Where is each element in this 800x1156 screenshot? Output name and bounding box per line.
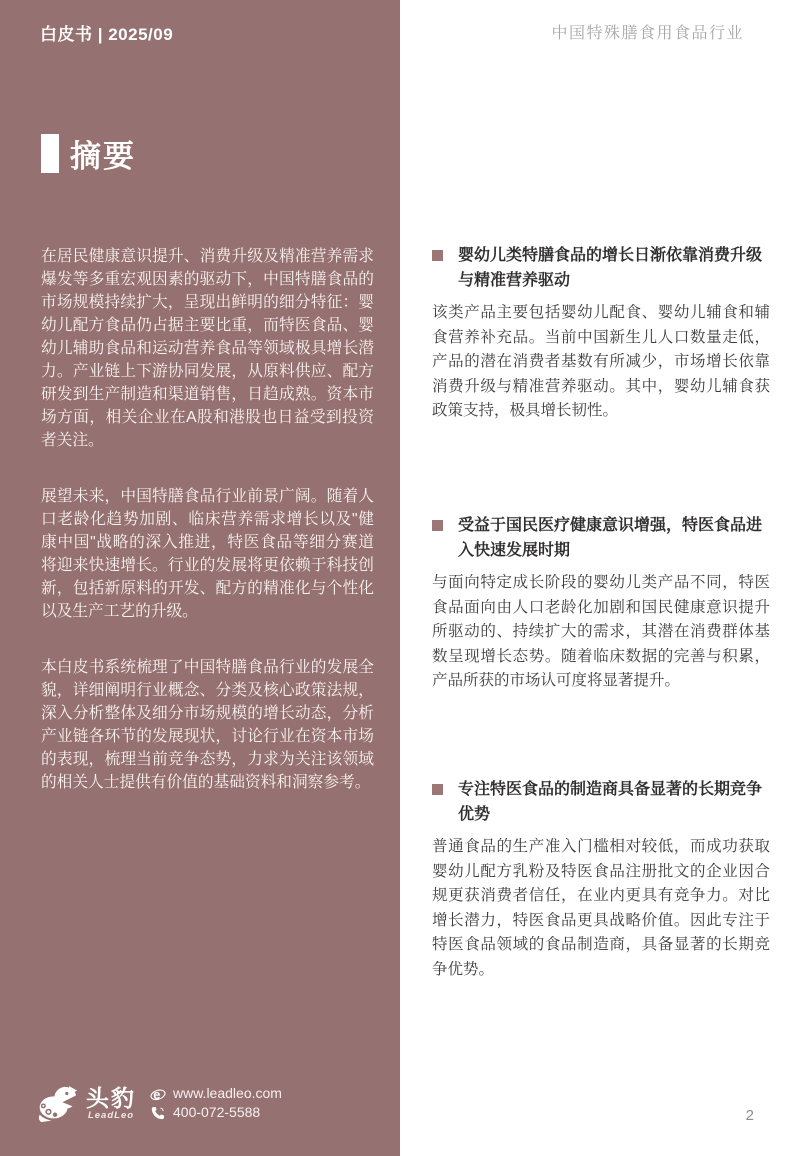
- section-fsmp-growth: 受益于国民医疗健康意识增强，特医食品进入快速发展时期 与面向特定成长阶段的婴幼儿…: [432, 513, 770, 694]
- sidebar-panel: 白皮书 | 2025/09 摘要 在居民健康意识提升、消费升级及精准营养需求爆发…: [0, 0, 400, 1156]
- globe-icon: e: [150, 1086, 166, 1102]
- section-heading: 婴幼儿类特膳食品的增长日渐依靠消费升级与精准营养驱动: [432, 243, 770, 293]
- summary-title: 摘要: [41, 131, 136, 176]
- section-manufacturer-advantage: 专注特医食品的制造商具备显著的长期竞争优势 普通食品的生产准入门槛相对较低，而成…: [432, 777, 770, 982]
- phone-icon: [150, 1105, 166, 1121]
- contact-block: e www.leadleo.com 400-072-5588: [150, 1084, 282, 1122]
- website-link[interactable]: www.leadleo.com: [173, 1084, 282, 1103]
- leadleo-leopard-logo-icon: [36, 1082, 80, 1124]
- summary-paragraphs: 在居民健康意识提升、消费升级及精准营养需求爆发等多重宏观因素的驱动下，中国特膳食…: [41, 245, 374, 827]
- section-infant-foods: 婴幼儿类特膳食品的增长日渐依靠消费升级与精准营养驱动 该类产品主要包括婴幼儿配食…: [432, 243, 770, 424]
- section-body-text: 普通食品的生产准入门槛相对较低，而成功获取婴幼儿配方乳粉及特医食品注册批文的企业…: [432, 835, 770, 982]
- summary-paragraph: 本白皮书系统梳理了中国特膳食品行业的发展全貌，详细阐明行业概念、分类及核心政策法…: [41, 656, 374, 794]
- section-heading-text: 婴幼儿类特膳食品的增长日渐依靠消费升级与精准营养驱动: [458, 243, 770, 293]
- phone-row: 400-072-5588: [150, 1103, 282, 1122]
- summary-paragraph: 在居民健康意识提升、消费升级及精准营养需求爆发等多重宏观因素的驱动下，中国特膳食…: [41, 245, 374, 452]
- title-marker-bar: [41, 134, 59, 173]
- section-heading: 专注特医食品的制造商具备显著的长期竞争优势: [432, 777, 770, 827]
- logo-name-cn: 头豹: [86, 1086, 136, 1110]
- section-heading-text: 专注特医食品的制造商具备显著的长期竞争优势: [458, 777, 770, 827]
- phone-number: 400-072-5588: [173, 1103, 260, 1122]
- footer-brand-block: 头豹 LeadLeo e www.leadleo.com 400-072-558…: [36, 1082, 282, 1124]
- website-row: e www.leadleo.com: [150, 1084, 282, 1103]
- square-bullet-icon: [432, 784, 443, 795]
- summary-paragraph: 展望未来，中国特膳食品行业前景广阔。随着人口老龄化趋势加剧、临床营养需求增长以及…: [41, 485, 374, 623]
- square-bullet-icon: [432, 520, 443, 531]
- leadleo-logo-text: 头豹 LeadLeo: [86, 1086, 136, 1121]
- section-body-text: 该类产品主要包括婴幼儿配食、婴幼儿辅食和辅食营养补充品。当前中国新生儿人口数量走…: [432, 301, 770, 424]
- document-title: 中国特殊膳食用食品行业: [551, 20, 744, 43]
- section-body-text: 与面向特定成长阶段的婴幼儿类产品不同，特医食品面向由人口老龄化加剧和国民健康意识…: [432, 571, 770, 694]
- section-heading: 受益于国民医疗健康意识增强，特医食品进入快速发展时期: [432, 513, 770, 563]
- section-heading-text: 受益于国民医疗健康意识增强，特医食品进入快速发展时期: [458, 513, 770, 563]
- square-bullet-icon: [432, 250, 443, 261]
- summary-title-text: 摘要: [70, 131, 136, 176]
- page-number: 2: [746, 1107, 754, 1124]
- brand-label: 白皮书 | 2025/09: [40, 20, 173, 45]
- logo-name-en: LeadLeo: [86, 1110, 136, 1121]
